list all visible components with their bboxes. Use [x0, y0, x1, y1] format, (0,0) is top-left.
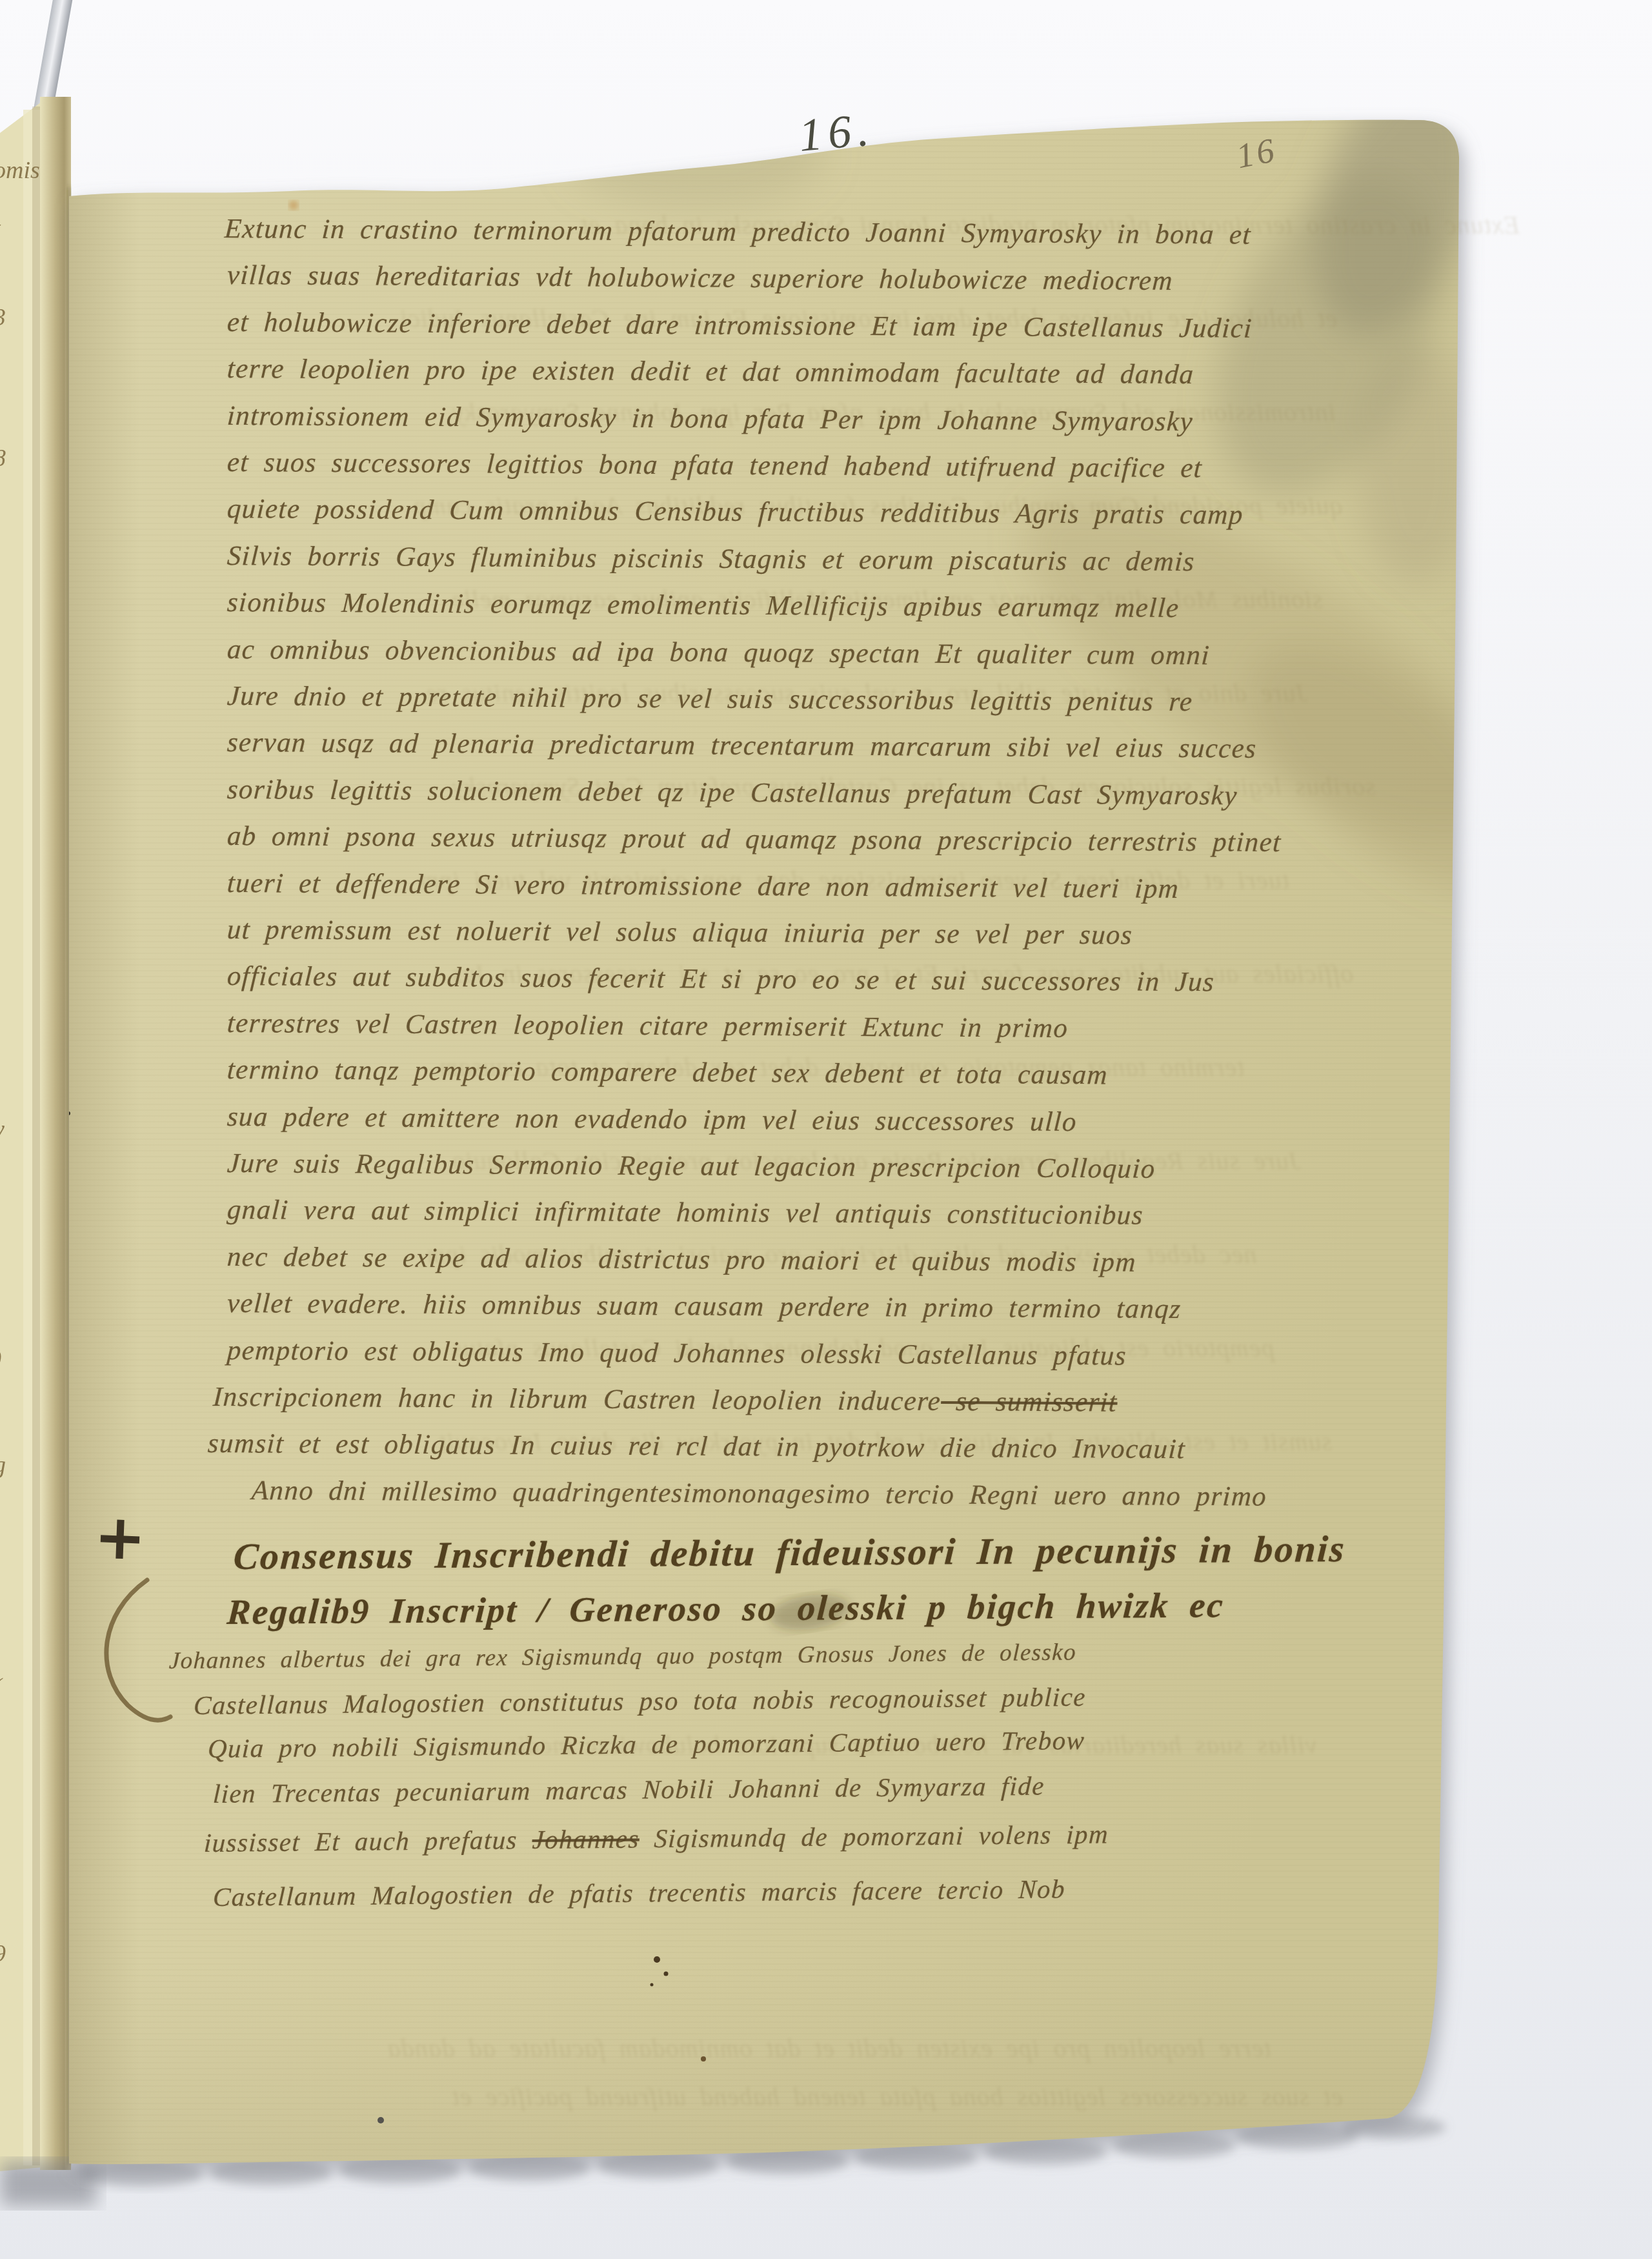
manuscript-line: servan usqz ad plenaria predictarum trec… [227, 727, 1258, 765]
manuscript-line: et suos successores legittios bona pfata… [227, 447, 1204, 484]
manuscript-line: terre leopolien pro ipe existen dedit et… [227, 353, 1195, 390]
facing-page-fragment: t [0, 214, 1, 243]
folio-number-right: 16 [1233, 130, 1280, 177]
manuscript-line: tueri et deffendere Si vero intromission… [227, 867, 1180, 905]
manuscript-line: sumsit et est obligatus In cuius rei rcl… [207, 1428, 1187, 1465]
manuscript-line: officiales aut subditos suos fecerit Et … [227, 960, 1216, 998]
manuscript-line: lien Trecentas pecuniarum marcas Nobili … [212, 1770, 1045, 1809]
facing-page-fragment: 3 [0, 303, 6, 332]
manuscript-line: nec debet se exipe ad alios districtus p… [227, 1241, 1138, 1279]
facing-page-fragment: g [0, 1451, 6, 1479]
manuscript-line: Extunc in crastino terminorum pfatorum p… [224, 213, 1253, 251]
manuscript-line: Jure suis Regalibus Sermonio Regie aut l… [227, 1148, 1157, 1185]
manuscript-line: Silvis borris Gays fluminibus piscinis S… [227, 540, 1196, 578]
manuscript-line: ac omnibus obvencionibus ad ipa bona quo… [227, 634, 1211, 671]
manuscript-line: Castellanum Malogostien de pfatis trecen… [212, 1873, 1066, 1912]
manuscript-line: soribus legittis solucionem debet qz ipe… [227, 774, 1239, 812]
manuscript-line: Quia pro nobili Sigismundo Riczka de pom… [207, 1725, 1085, 1764]
manuscript-line: Castellanus Malogostien constitutus pso … [193, 1681, 1087, 1721]
manuscript-line: Inscripcionem hanc in librum Castren leo… [212, 1381, 1118, 1419]
manuscript-line: Jure dnio et ppretate nihil pro se vel s… [227, 680, 1194, 718]
facing-page-fragment: 8 [0, 444, 6, 472]
manuscript-line: villas suas hereditarias vdt holubowicze… [227, 259, 1174, 297]
manuscript-line: ab omni psona sexus utriusqz prout ad qu… [227, 820, 1282, 858]
manuscript-line: Anno dni millesimo quadringentesimononag… [251, 1475, 1268, 1513]
manuscript-line: ut premissum est noluerit vel solus aliq… [227, 914, 1134, 951]
facing-page-fragment: ) [0, 1344, 2, 1372]
facing-page-fragment: y [0, 1115, 5, 1144]
manuscript-photograph: Extunc in crastino terminorum pfatorum p… [0, 0, 1652, 2259]
manuscript-line: sua pdere et amittere non evadendo ipm v… [227, 1101, 1078, 1138]
manuscript-line: vellet evadere. hiis omnibus suam causam… [227, 1288, 1182, 1325]
facing-page-fragment: ( [0, 1673, 2, 1701]
manuscript-line: sionibus Molendinis eorumqz emolimentis … [227, 587, 1180, 624]
folio-number-center: 16. [797, 103, 877, 163]
manuscript-line: pemptorio est obligatus Imo quod Johanne… [227, 1335, 1128, 1372]
margin-cross-mark: + [93, 1501, 147, 1575]
entry2-heading-line2: Regalib9 Inscript / Generoso so olesski … [226, 1585, 1225, 1632]
manuscript-line: terrestres vel Castren leopolien citare … [227, 1008, 1069, 1044]
facing-page-fragment: 9 [0, 1940, 6, 1968]
facing-page-fragment: omis [0, 156, 40, 185]
manuscript-line: termino tanqz pemptorio comparere debet … [227, 1054, 1109, 1091]
manuscript-line: quiete possidend Cum omnibus Censibus fr… [227, 493, 1245, 531]
manuscript-line: intromissionem eid Symyarosky in bona pf… [227, 400, 1194, 438]
manuscript-line: gnali vera aut simplici infirmitate homi… [227, 1194, 1145, 1231]
manuscript-line: et holubowicze inferiore debet dare intr… [227, 307, 1254, 345]
manuscript-line: Johannes albertus dei gra rex Sigismundq… [168, 1639, 1077, 1675]
entry2-heading-line1: Consensus Inscribendi debitu fideuissori… [232, 1527, 1347, 1578]
manuscript-line: iussisset Et auch prefatus Johannes Sigi… [203, 1819, 1109, 1858]
